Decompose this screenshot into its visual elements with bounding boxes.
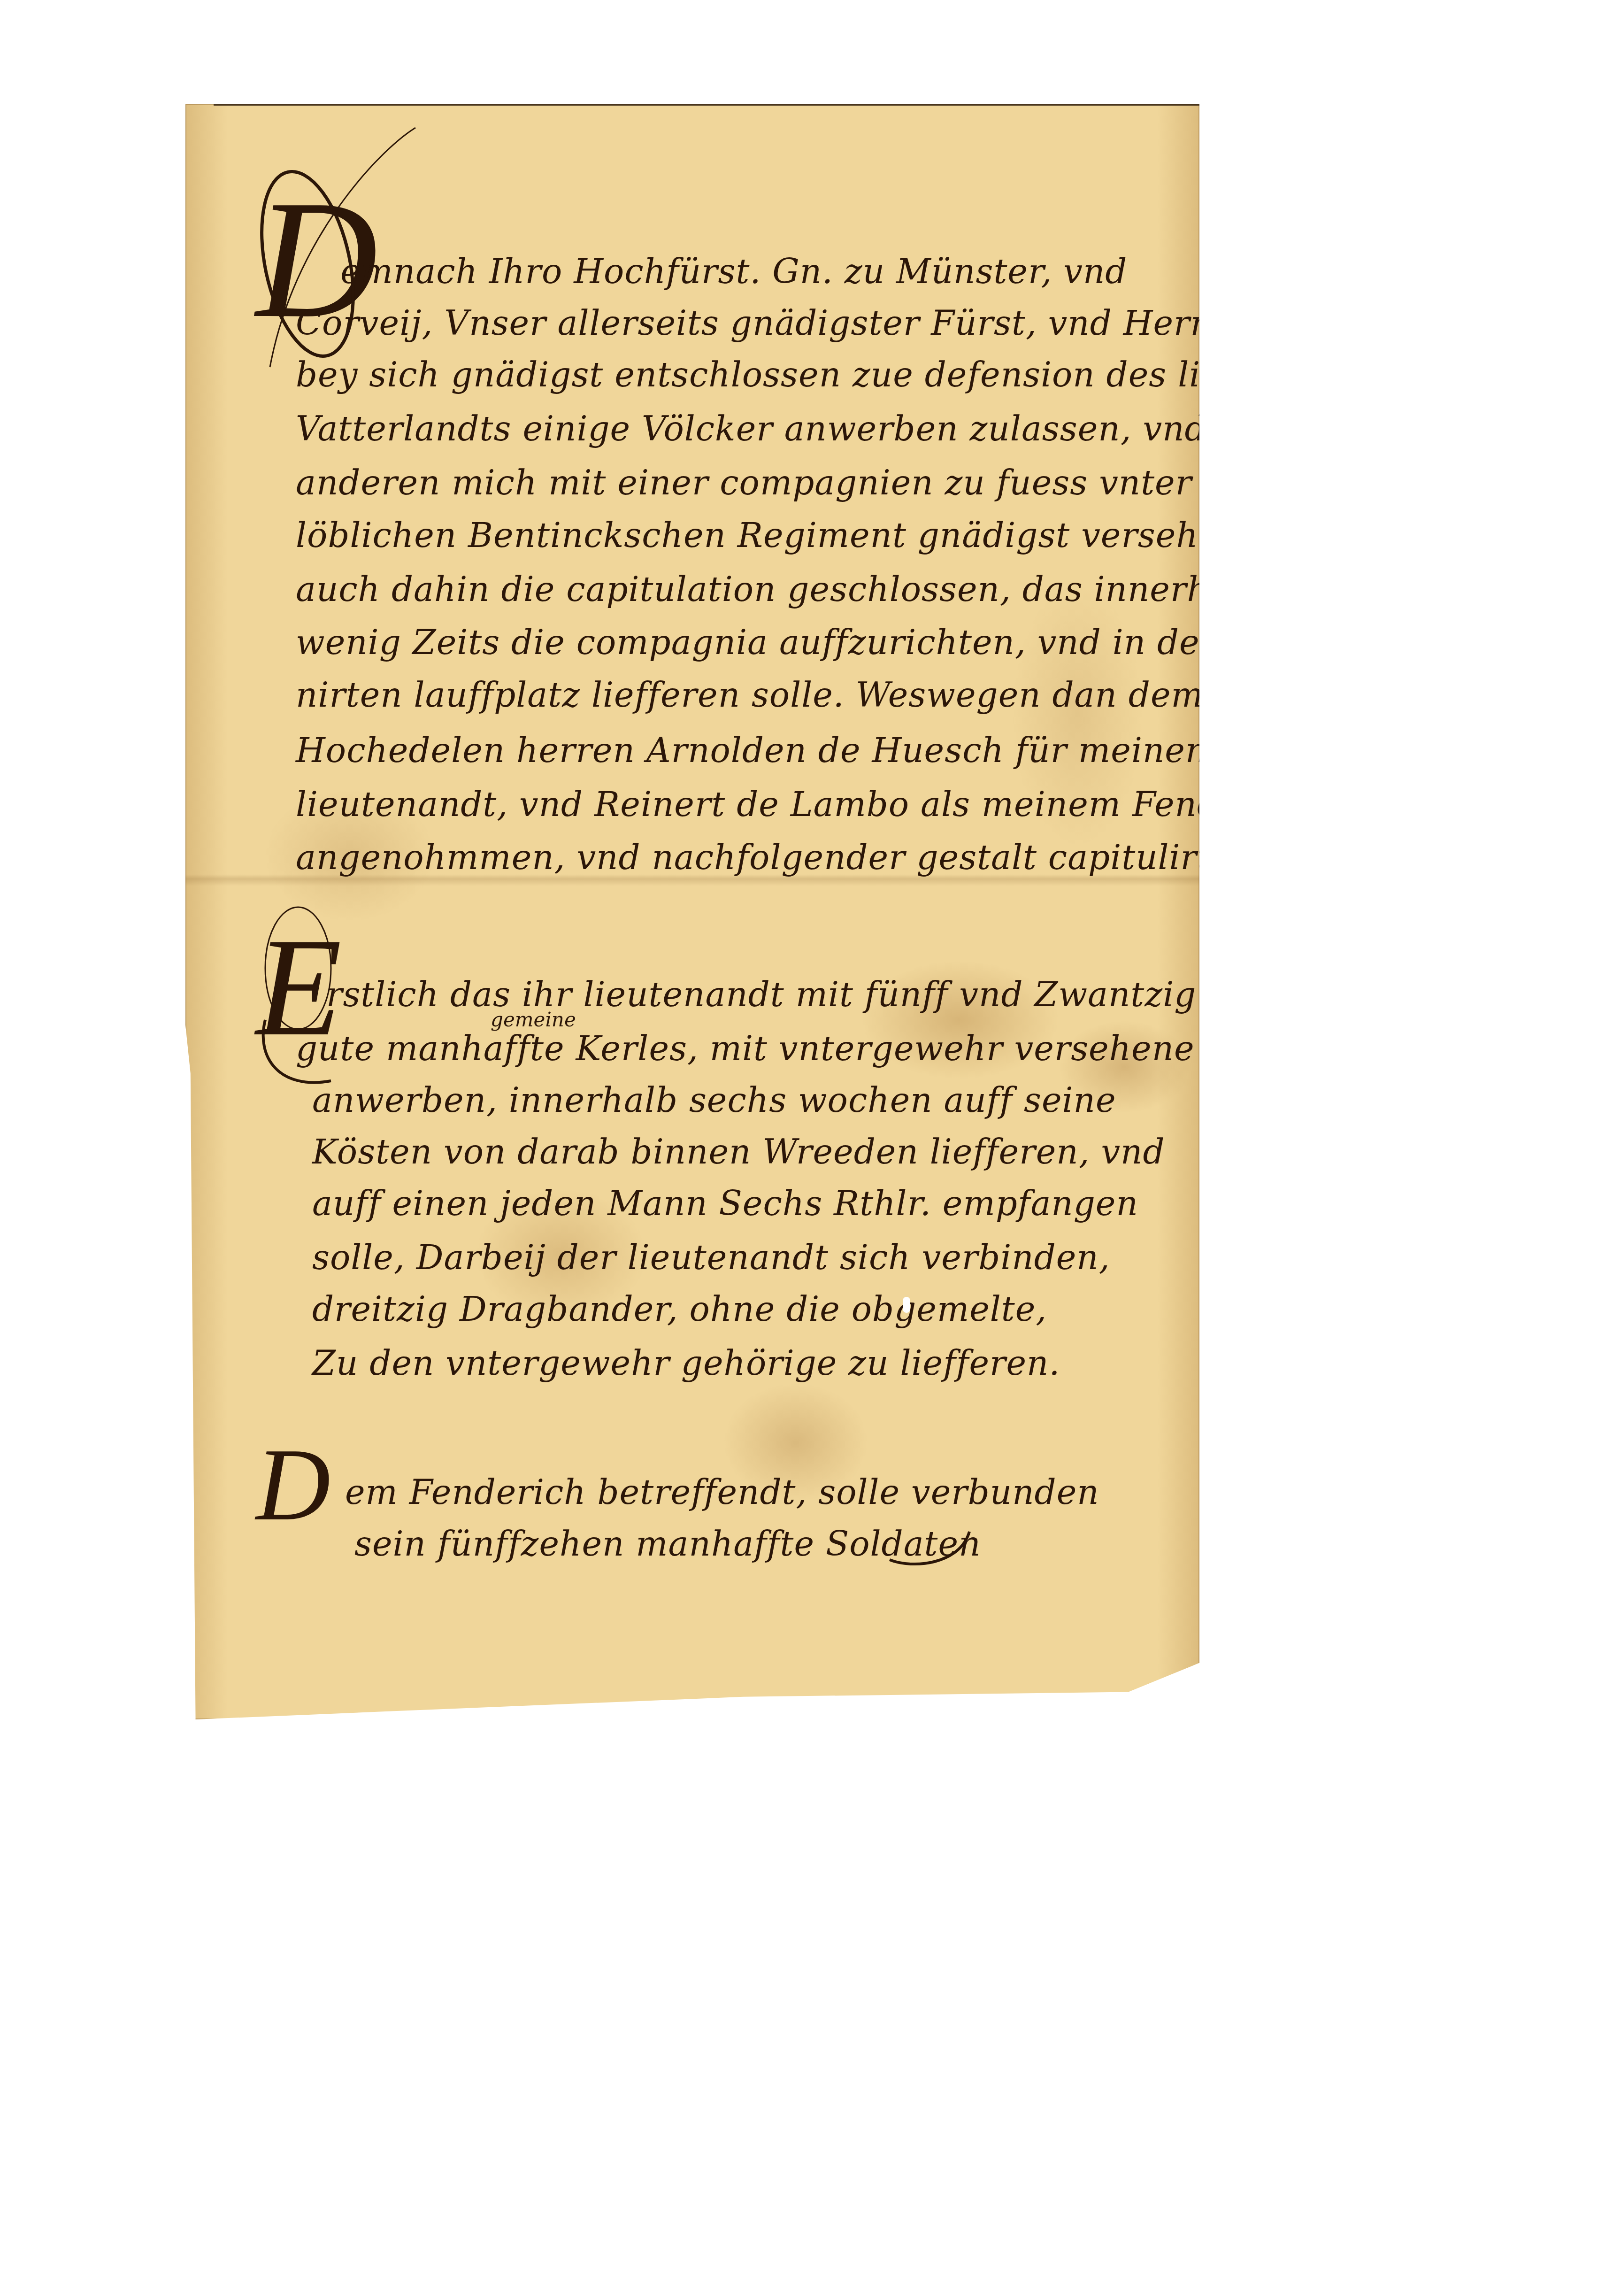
- text-line: anderen mich mit einer compagnien zu fue…: [296, 466, 1278, 500]
- text-line: Corveij, Vnser allerseits gnädigster Für…: [296, 306, 1207, 340]
- text-line: bey sich gnädigst entschlossen zue defen…: [296, 358, 1286, 392]
- paper-hole: [903, 1297, 910, 1313]
- text-line: auch dahin die capitulation geschlossen,…: [296, 572, 1263, 606]
- text-line: rstlich das ihr lieutenandt mit fünff vn…: [326, 978, 1196, 1011]
- text-line: lieutenandt, vnd Reinert de Lambo als me…: [296, 787, 1309, 821]
- text-line: nirten lauffplatz liefferen solle. Weswe…: [296, 678, 1204, 712]
- text-line: wenig Zeits die compagnia auffzurichten,…: [296, 625, 1335, 659]
- text-line: anwerben, innerhalb sechs wochen auff se…: [312, 1083, 1116, 1117]
- text-line: auff einen jeden Mann Sechs Rthlr. empfa…: [312, 1187, 1138, 1220]
- text-line: Kösten von darab binnen Wreeden lieffere…: [312, 1135, 1165, 1169]
- text-line: gute manhaffte Kerles, mit vntergewehr v…: [296, 1032, 1195, 1065]
- text-line: Zu den vntergewehr gehörige zu liefferen…: [312, 1346, 1060, 1380]
- text-line: em Fenderich betreffendt, solle verbunde…: [345, 1475, 1099, 1509]
- text-line: angenohmmen, vnd nachfolgender gestalt c…: [296, 840, 1222, 874]
- text-line: emnach Ihro Hochfürst. Gn. zu Münster, v…: [340, 254, 1127, 288]
- decorated-initial-d: D: [256, 1433, 330, 1536]
- text-line: Hochedelen herren Arnolden de Huesch für…: [296, 733, 1207, 767]
- manuscript-page: D emnach Ihro Hochfürst. Gn. zu Münster,…: [185, 104, 1199, 1719]
- text-line: Vatterlandts einige Völcker anwerben zul…: [296, 412, 1387, 446]
- text-line: dreitzig Dragbander, ohne die obgemelte,: [312, 1292, 1047, 1326]
- text-line: sein fünffzehen manhaffte Soldaten: [354, 1527, 981, 1561]
- interlinear-insertion: gemeine: [491, 1008, 576, 1031]
- text-line: löblichen Bentinckschen Regiment gnädigs…: [296, 518, 1241, 552]
- page-top-edge: [214, 104, 1199, 106]
- text-line: solle, Darbeij der lieutenandt sich verb…: [312, 1240, 1110, 1274]
